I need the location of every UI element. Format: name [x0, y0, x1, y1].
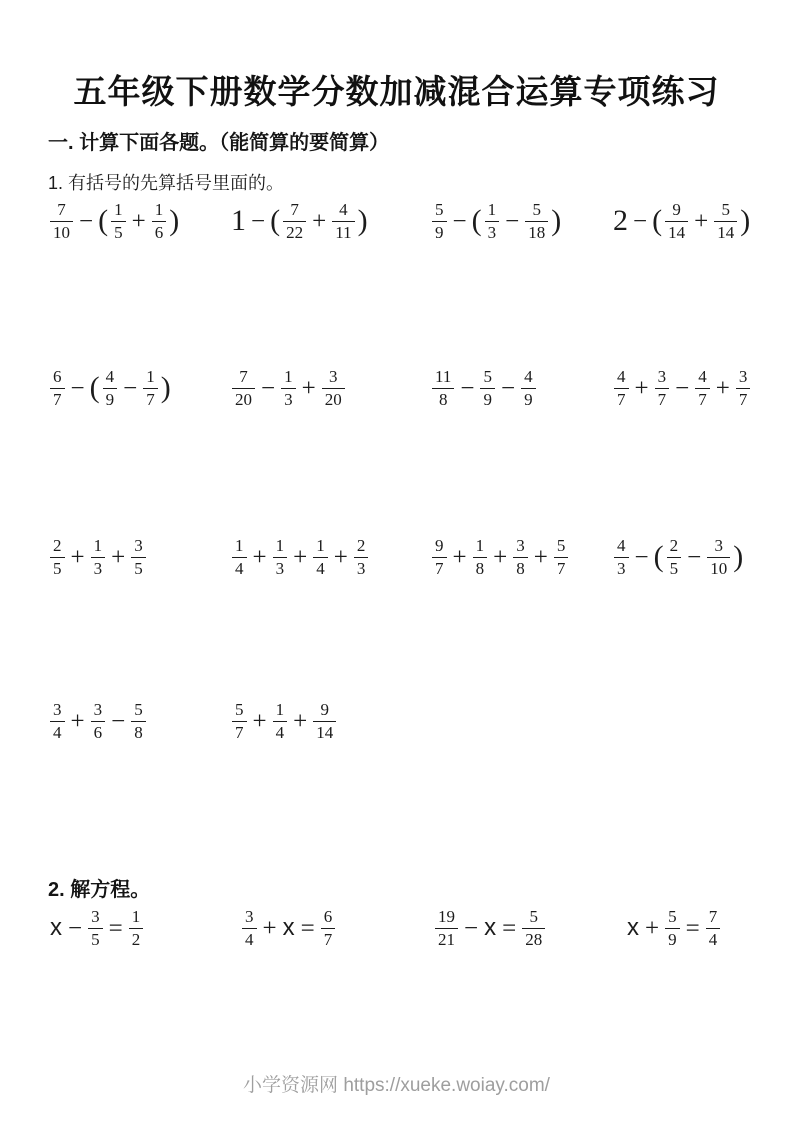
fraction-numerator: 9 [665, 201, 688, 222]
plus-operator: + [132, 209, 146, 234]
fraction: 59 [480, 368, 495, 409]
math-expression: 57+14+914 [230, 698, 338, 744]
fraction: 14 [313, 537, 328, 578]
fraction-denominator: 3 [281, 389, 296, 409]
fraction-numerator: 2 [50, 537, 65, 558]
math-expression: 59−(13−518) [430, 198, 562, 244]
fraction-denominator: 7 [695, 389, 710, 409]
fraction-numerator: 1 [313, 537, 328, 558]
fraction-numerator: 1 [232, 537, 247, 558]
exercise-row-1: 710−(15+16)1−(722+411)59−(13−518)2−(914+… [0, 198, 793, 244]
fraction: 914 [665, 201, 688, 242]
fraction-numerator: 6 [50, 368, 65, 389]
fraction-denominator: 7 [232, 722, 247, 742]
fraction-numerator: 3 [50, 701, 65, 722]
fraction-denominator: 7 [143, 389, 158, 409]
fraction-denominator: 8 [131, 722, 146, 742]
plus-operator: + [302, 376, 316, 401]
fraction-numerator: 9 [432, 537, 447, 558]
minus-operator: − [68, 916, 82, 941]
minus-operator: − [71, 376, 85, 401]
variable-x: x [50, 916, 62, 940]
fraction-denominator: 7 [614, 389, 629, 409]
minus-operator: − [464, 916, 478, 941]
fraction: 34 [50, 701, 65, 742]
fraction-numerator: 4 [521, 368, 536, 389]
fraction-denominator: 7 [50, 389, 65, 409]
worksheet-page: 五年级下册数学分数加减混合运算专项练习 一. 计算下面各题。（能简算的要简算） … [0, 0, 793, 1122]
footer-watermark: 小学资源网 https://xueke.woiay.com/ [0, 1070, 793, 1097]
fraction: 38 [513, 537, 528, 578]
fraction-numerator: 3 [88, 908, 103, 929]
fraction-numerator: 3 [131, 537, 146, 558]
fraction-denominator: 3 [91, 558, 106, 578]
fraction-numerator: 1 [281, 368, 296, 389]
fraction-numerator: 4 [614, 368, 629, 389]
fraction-denominator: 7 [321, 929, 336, 949]
fraction-denominator: 21 [435, 929, 458, 949]
fraction-denominator: 7 [655, 389, 670, 409]
math-expression: x−35=12 [48, 905, 145, 951]
minus-operator: − [635, 545, 649, 570]
fraction-denominator: 14 [313, 722, 336, 742]
fraction: 18 [473, 537, 488, 578]
fraction-numerator: 7 [283, 201, 306, 222]
minus-operator: − [111, 709, 125, 734]
fraction-numerator: 1 [485, 201, 500, 222]
math-expression: 47+37−47+37 [612, 365, 752, 411]
fraction-numerator: 1 [152, 201, 167, 222]
fraction: 14 [273, 701, 288, 742]
minus-operator: − [460, 376, 474, 401]
plus-operator: + [534, 545, 548, 570]
fraction: 710 [50, 201, 73, 242]
fraction: 12 [129, 908, 144, 949]
plus-operator: + [111, 545, 125, 570]
fraction: 914 [313, 701, 336, 742]
parenthesis: ) [169, 206, 179, 236]
equals-sign: = [109, 916, 123, 941]
fraction-denominator: 9 [103, 389, 118, 409]
minus-operator: − [79, 209, 93, 234]
fraction-denominator: 6 [152, 222, 167, 242]
variable-x: x [283, 916, 295, 940]
math-expression: 34+x=67 [240, 905, 337, 951]
fraction-numerator: 1 [143, 368, 158, 389]
plus-operator: + [71, 545, 85, 570]
fraction-numerator: 1 [273, 701, 288, 722]
section2-heading: 2. 解方程。 [48, 873, 150, 902]
equals-sign: = [502, 916, 516, 941]
parenthesis: ( [652, 206, 662, 236]
fraction-numerator: 5 [480, 368, 495, 389]
math-expression: x+59=74 [625, 905, 722, 951]
fraction-numerator: 5 [714, 201, 737, 222]
exercise-row-2: 67−(49−17)720−13+320118−59−4947+37−47+37 [0, 365, 793, 411]
fraction: 59 [432, 201, 447, 242]
plus-operator: + [334, 545, 348, 570]
fraction-numerator: 3 [513, 537, 528, 558]
fraction-numerator: 7 [706, 908, 721, 929]
parenthesis: ( [270, 206, 280, 236]
fraction-denominator: 5 [131, 558, 146, 578]
plus-operator: + [453, 545, 467, 570]
fraction-denominator: 3 [485, 222, 500, 242]
fraction-numerator: 19 [435, 908, 458, 929]
fraction-numerator: 5 [131, 701, 146, 722]
math-expression: 118−59−49 [430, 365, 538, 411]
plus-operator: + [312, 209, 326, 234]
fraction-denominator: 5 [88, 929, 103, 949]
fraction-denominator: 20 [322, 389, 345, 409]
fraction-denominator: 8 [473, 558, 488, 578]
fraction-denominator: 10 [50, 222, 73, 242]
fraction-numerator: 3 [91, 701, 106, 722]
parenthesis: ( [654, 542, 664, 572]
fraction: 67 [321, 908, 336, 949]
fraction: 47 [614, 368, 629, 409]
parenthesis: ( [90, 373, 100, 403]
fraction-numerator: 5 [525, 201, 548, 222]
parenthesis: ) [551, 206, 561, 236]
math-expression: 1921−x=528 [433, 905, 547, 951]
fraction-numerator: 2 [667, 537, 682, 558]
fraction: 310 [707, 537, 730, 578]
fraction-denominator: 4 [706, 929, 721, 949]
fraction: 13 [91, 537, 106, 578]
parenthesis: ( [98, 206, 108, 236]
fraction-numerator: 1 [273, 537, 288, 558]
fraction-denominator: 4 [273, 722, 288, 742]
fraction: 47 [695, 368, 710, 409]
fraction: 118 [432, 368, 454, 409]
fraction-numerator: 11 [432, 368, 454, 389]
fraction: 13 [273, 537, 288, 578]
fraction-denominator: 9 [480, 389, 495, 409]
fraction: 36 [91, 701, 106, 742]
fraction: 25 [50, 537, 65, 578]
fraction-denominator: 5 [667, 558, 682, 578]
fraction-numerator: 3 [736, 368, 751, 389]
fraction: 67 [50, 368, 65, 409]
math-expression: 2−(914+514) [612, 198, 751, 244]
fraction: 13 [485, 201, 500, 242]
fraction-numerator: 3 [655, 368, 670, 389]
fraction-numerator: 5 [554, 537, 569, 558]
fraction-denominator: 6 [91, 722, 106, 742]
exercise-row-4: 34+36−5857+14+914 [0, 698, 793, 744]
fraction-numerator: 5 [432, 201, 447, 222]
minus-operator: − [633, 209, 647, 234]
fraction-denominator: 5 [111, 222, 126, 242]
fraction-denominator: 7 [432, 558, 447, 578]
fraction: 49 [103, 368, 118, 409]
minus-operator: − [675, 376, 689, 401]
fraction-numerator: 6 [321, 908, 336, 929]
worksheet-title: 五年级下册数学分数加减混合运算专项练习 [0, 66, 793, 113]
fraction-denominator: 8 [432, 389, 454, 409]
math-expression: 720−13+320 [230, 365, 347, 411]
minus-operator: − [261, 376, 275, 401]
section1-heading: 一. 计算下面各题。（能简算的要简算） [48, 126, 389, 155]
plus-operator: + [493, 545, 507, 570]
fraction: 57 [554, 537, 569, 578]
math-expression: 34+36−58 [48, 698, 148, 744]
fraction: 59 [665, 908, 680, 949]
fraction-numerator: 4 [103, 368, 118, 389]
fraction-denominator: 22 [283, 222, 306, 242]
plus-operator: + [694, 209, 708, 234]
fraction: 57 [232, 701, 247, 742]
fraction-denominator: 9 [521, 389, 536, 409]
parenthesis: ) [740, 206, 750, 236]
parenthesis: ) [358, 206, 368, 236]
plus-operator: + [253, 709, 267, 734]
parenthesis: ) [161, 373, 171, 403]
fraction: 1921 [435, 908, 458, 949]
fraction-numerator: 4 [695, 368, 710, 389]
minus-operator: − [505, 209, 519, 234]
minus-operator: − [687, 545, 701, 570]
fraction: 74 [706, 908, 721, 949]
fraction-numerator: 4 [614, 537, 629, 558]
fraction: 35 [88, 908, 103, 949]
fraction: 17 [143, 368, 158, 409]
math-expression: 67−(49−17) [48, 365, 172, 411]
fraction: 37 [736, 368, 751, 409]
plus-operator: + [263, 916, 277, 941]
fraction: 720 [232, 368, 255, 409]
fraction-denominator: 9 [432, 222, 447, 242]
fraction-denominator: 7 [554, 558, 569, 578]
fraction-denominator: 14 [714, 222, 737, 242]
fraction-denominator: 28 [522, 929, 545, 949]
fraction-numerator: 1 [91, 537, 106, 558]
equals-sign: = [301, 916, 315, 941]
fraction-denominator: 14 [665, 222, 688, 242]
fraction: 97 [432, 537, 447, 578]
minus-operator: − [123, 376, 137, 401]
math-expression: 97+18+38+57 [430, 534, 570, 580]
fraction: 528 [522, 908, 545, 949]
variable-x: x [484, 916, 496, 940]
minus-operator: − [453, 209, 467, 234]
fraction-denominator: 9 [665, 929, 680, 949]
math-expression: 710−(15+16) [48, 198, 180, 244]
fraction-numerator: 5 [665, 908, 680, 929]
variable-x: x [627, 916, 639, 940]
fraction-denominator: 2 [129, 929, 144, 949]
fraction: 58 [131, 701, 146, 742]
fraction: 37 [655, 368, 670, 409]
fraction: 16 [152, 201, 167, 242]
plus-operator: + [71, 709, 85, 734]
fraction-denominator: 20 [232, 389, 255, 409]
fraction-numerator: 3 [242, 908, 257, 929]
fraction: 411 [332, 201, 354, 242]
fraction: 320 [322, 368, 345, 409]
fraction: 25 [667, 537, 682, 578]
section1-instruction: 1. 有括号的先算括号里面的。 [48, 169, 284, 195]
fraction-denominator: 7 [736, 389, 751, 409]
fraction-denominator: 10 [707, 558, 730, 578]
fraction: 722 [283, 201, 306, 242]
minus-operator: − [501, 376, 515, 401]
exercise-row-3: 25+13+3514+13+14+2397+18+38+5743−(25−310… [0, 534, 793, 580]
fraction-numerator: 4 [332, 201, 354, 222]
fraction-numerator: 2 [354, 537, 369, 558]
parenthesis: ( [472, 206, 482, 236]
minus-operator: − [251, 209, 265, 234]
fraction: 23 [354, 537, 369, 578]
fraction-denominator: 4 [313, 558, 328, 578]
fraction-denominator: 11 [332, 222, 354, 242]
fraction: 15 [111, 201, 126, 242]
plus-operator: + [293, 709, 307, 734]
fraction-numerator: 1 [473, 537, 488, 558]
fraction-numerator: 9 [313, 701, 336, 722]
whole-number: 1 [231, 206, 246, 236]
fraction-numerator: 5 [232, 701, 247, 722]
equals-sign: = [686, 916, 700, 941]
plus-operator: + [293, 545, 307, 570]
fraction: 49 [521, 368, 536, 409]
fraction-denominator: 3 [273, 558, 288, 578]
parenthesis: ) [733, 542, 743, 572]
math-expression: 43−(25−310) [612, 534, 744, 580]
fraction: 14 [232, 537, 247, 578]
fraction: 514 [714, 201, 737, 242]
fraction-denominator: 3 [614, 558, 629, 578]
fraction-numerator: 7 [232, 368, 255, 389]
fraction-denominator: 4 [50, 722, 65, 742]
fraction-numerator: 5 [522, 908, 545, 929]
math-expression: 25+13+35 [48, 534, 148, 580]
fraction-denominator: 3 [354, 558, 369, 578]
fraction: 518 [525, 201, 548, 242]
fraction-denominator: 4 [232, 558, 247, 578]
fraction: 13 [281, 368, 296, 409]
math-expression: 1−(722+411) [230, 198, 369, 244]
fraction-numerator: 1 [129, 908, 144, 929]
plus-operator: + [645, 916, 659, 941]
plus-operator: + [635, 376, 649, 401]
fraction: 34 [242, 908, 257, 949]
fraction-denominator: 8 [513, 558, 528, 578]
fraction-denominator: 4 [242, 929, 257, 949]
fraction-denominator: 5 [50, 558, 65, 578]
fraction-numerator: 1 [111, 201, 126, 222]
math-expression: 14+13+14+23 [230, 534, 370, 580]
fraction: 43 [614, 537, 629, 578]
plus-operator: + [716, 376, 730, 401]
whole-number: 2 [613, 206, 628, 236]
fraction-numerator: 3 [707, 537, 730, 558]
equation-row: x−35=1234+x=671921−x=528x+59=74 [0, 905, 793, 951]
fraction-numerator: 7 [50, 201, 73, 222]
fraction-denominator: 18 [525, 222, 548, 242]
plus-operator: + [253, 545, 267, 570]
fraction-numerator: 3 [322, 368, 345, 389]
fraction: 35 [131, 537, 146, 578]
